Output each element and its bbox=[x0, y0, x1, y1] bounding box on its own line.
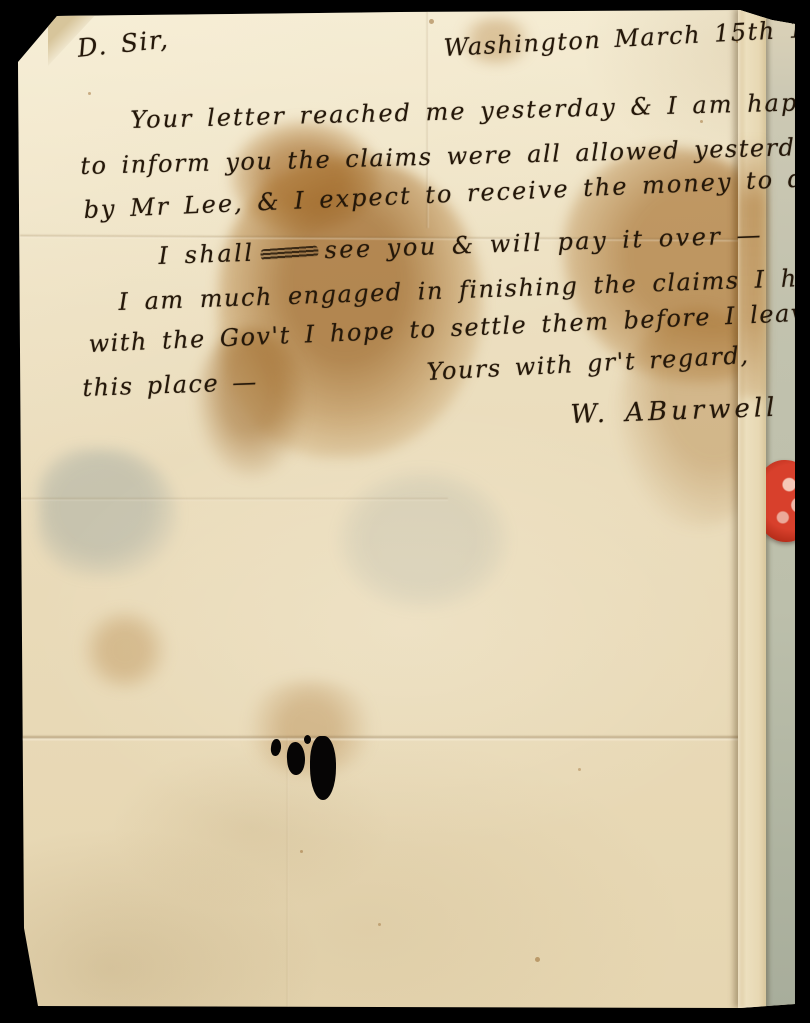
struck-out-word bbox=[260, 245, 319, 260]
letter-line: this place — bbox=[82, 368, 258, 402]
burn-hole bbox=[270, 738, 282, 756]
letter-line: I shallsee you & will pay it over — bbox=[158, 221, 763, 270]
fold-crease-lower bbox=[18, 735, 795, 741]
stain-small-left bbox=[80, 610, 170, 690]
burn-hole bbox=[304, 735, 311, 744]
burn-hole bbox=[310, 736, 336, 800]
letter-sheet: D. Sir, Washington March 15th 1817 Your … bbox=[18, 8, 795, 1008]
fold-crease-vertical-bottom bbox=[286, 738, 289, 1008]
letter-line-text: I shall bbox=[158, 239, 255, 270]
stain-upper bbox=[230, 120, 380, 235]
letter-line: Your letter reached me yesterday & I am … bbox=[130, 88, 795, 134]
foxing-specks bbox=[18, 8, 21, 11]
stain-gray-blue bbox=[38, 448, 178, 578]
burn-hole bbox=[286, 741, 306, 775]
letter-line-text: see you & will pay it over — bbox=[324, 221, 763, 264]
scanned-letter-image: D. Sir, Washington March 15th 1817 Your … bbox=[0, 0, 810, 1023]
ink-showthrough bbox=[338, 470, 508, 610]
salutation: D. Sir, bbox=[76, 24, 170, 62]
closing: Yours with gr't regard, bbox=[426, 341, 750, 386]
fold-crease-middle bbox=[18, 497, 448, 501]
